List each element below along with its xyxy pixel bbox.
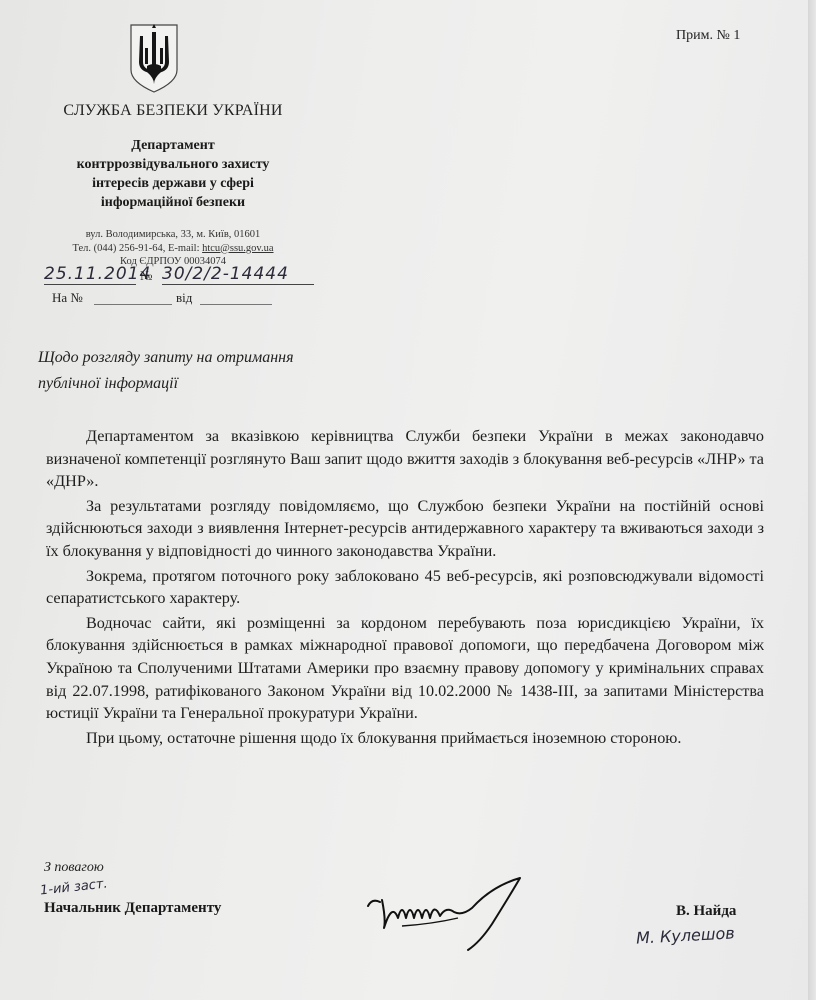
signer-name: В. Найда: [676, 903, 736, 920]
letter-subject: Щодо розгляду запиту на отримання публіч…: [38, 345, 438, 397]
letter-body: Департаментом за вказівкою керівництва С…: [46, 425, 764, 749]
registration-line: 25.11.2014 № 30/2/2-14444: [44, 266, 314, 290]
reference-number-label: На №: [52, 290, 83, 306]
reference-number-blank: [94, 304, 172, 305]
ukraine-coat-of-arms-icon: [128, 22, 180, 94]
signature-icon: [362, 872, 552, 952]
regards-text: З повагою: [44, 860, 104, 876]
subject-line: публічної інформації: [38, 371, 438, 397]
department-line: інтересів держави у сфері: [38, 174, 308, 193]
contact-address: вул. Володимирська, 33, м. Київ, 01601 Т…: [38, 228, 308, 269]
body-paragraph: Зокрема, протягом поточного року заблоко…: [46, 565, 764, 610]
body-paragraph: Департаментом за вказівкою керівництва С…: [46, 425, 764, 493]
reference-line: На № від: [52, 290, 282, 308]
subject-line: Щодо розгляду запиту на отримання: [38, 345, 438, 371]
attachment-label: Прим. № 1: [676, 28, 740, 44]
department-line: Департамент: [38, 136, 308, 155]
phone-email-line: Тел. (044) 256-91-64, E-mail: htcu@ssu.g…: [38, 242, 308, 256]
reference-date-label: від: [176, 290, 192, 306]
department-name: Департамент контррозвідувального захисту…: [38, 136, 308, 212]
street-address: вул. Володимирська, 33, м. Київ, 01601: [38, 228, 308, 242]
signer-position: Начальник Департаменту: [44, 900, 221, 917]
department-line: контррозвідувального захисту: [38, 155, 308, 174]
organization-name: СЛУЖБА БЕЗПЕКИ УКРАЇНИ: [38, 102, 308, 120]
body-paragraph: При цьому, остаточне рішення щодо їх бло…: [46, 727, 764, 750]
reference-date-blank: [200, 304, 272, 305]
department-line: інформаційної безпеки: [38, 193, 308, 212]
outgoing-number: 30/2/2-14444: [162, 264, 314, 285]
phone-text: Тел. (044) 256-91-64, E-mail:: [72, 243, 202, 254]
email-link[interactable]: htcu@ssu.gov.ua: [202, 243, 273, 254]
page-edge: [808, 0, 816, 1000]
number-sign: №: [140, 268, 152, 284]
body-paragraph: За результатами розгляду повідомляємо, щ…: [46, 495, 764, 563]
body-paragraph: Водночас сайти, які розміщенні за кордон…: [46, 612, 764, 725]
outgoing-date: 25.11.2014: [44, 264, 136, 285]
